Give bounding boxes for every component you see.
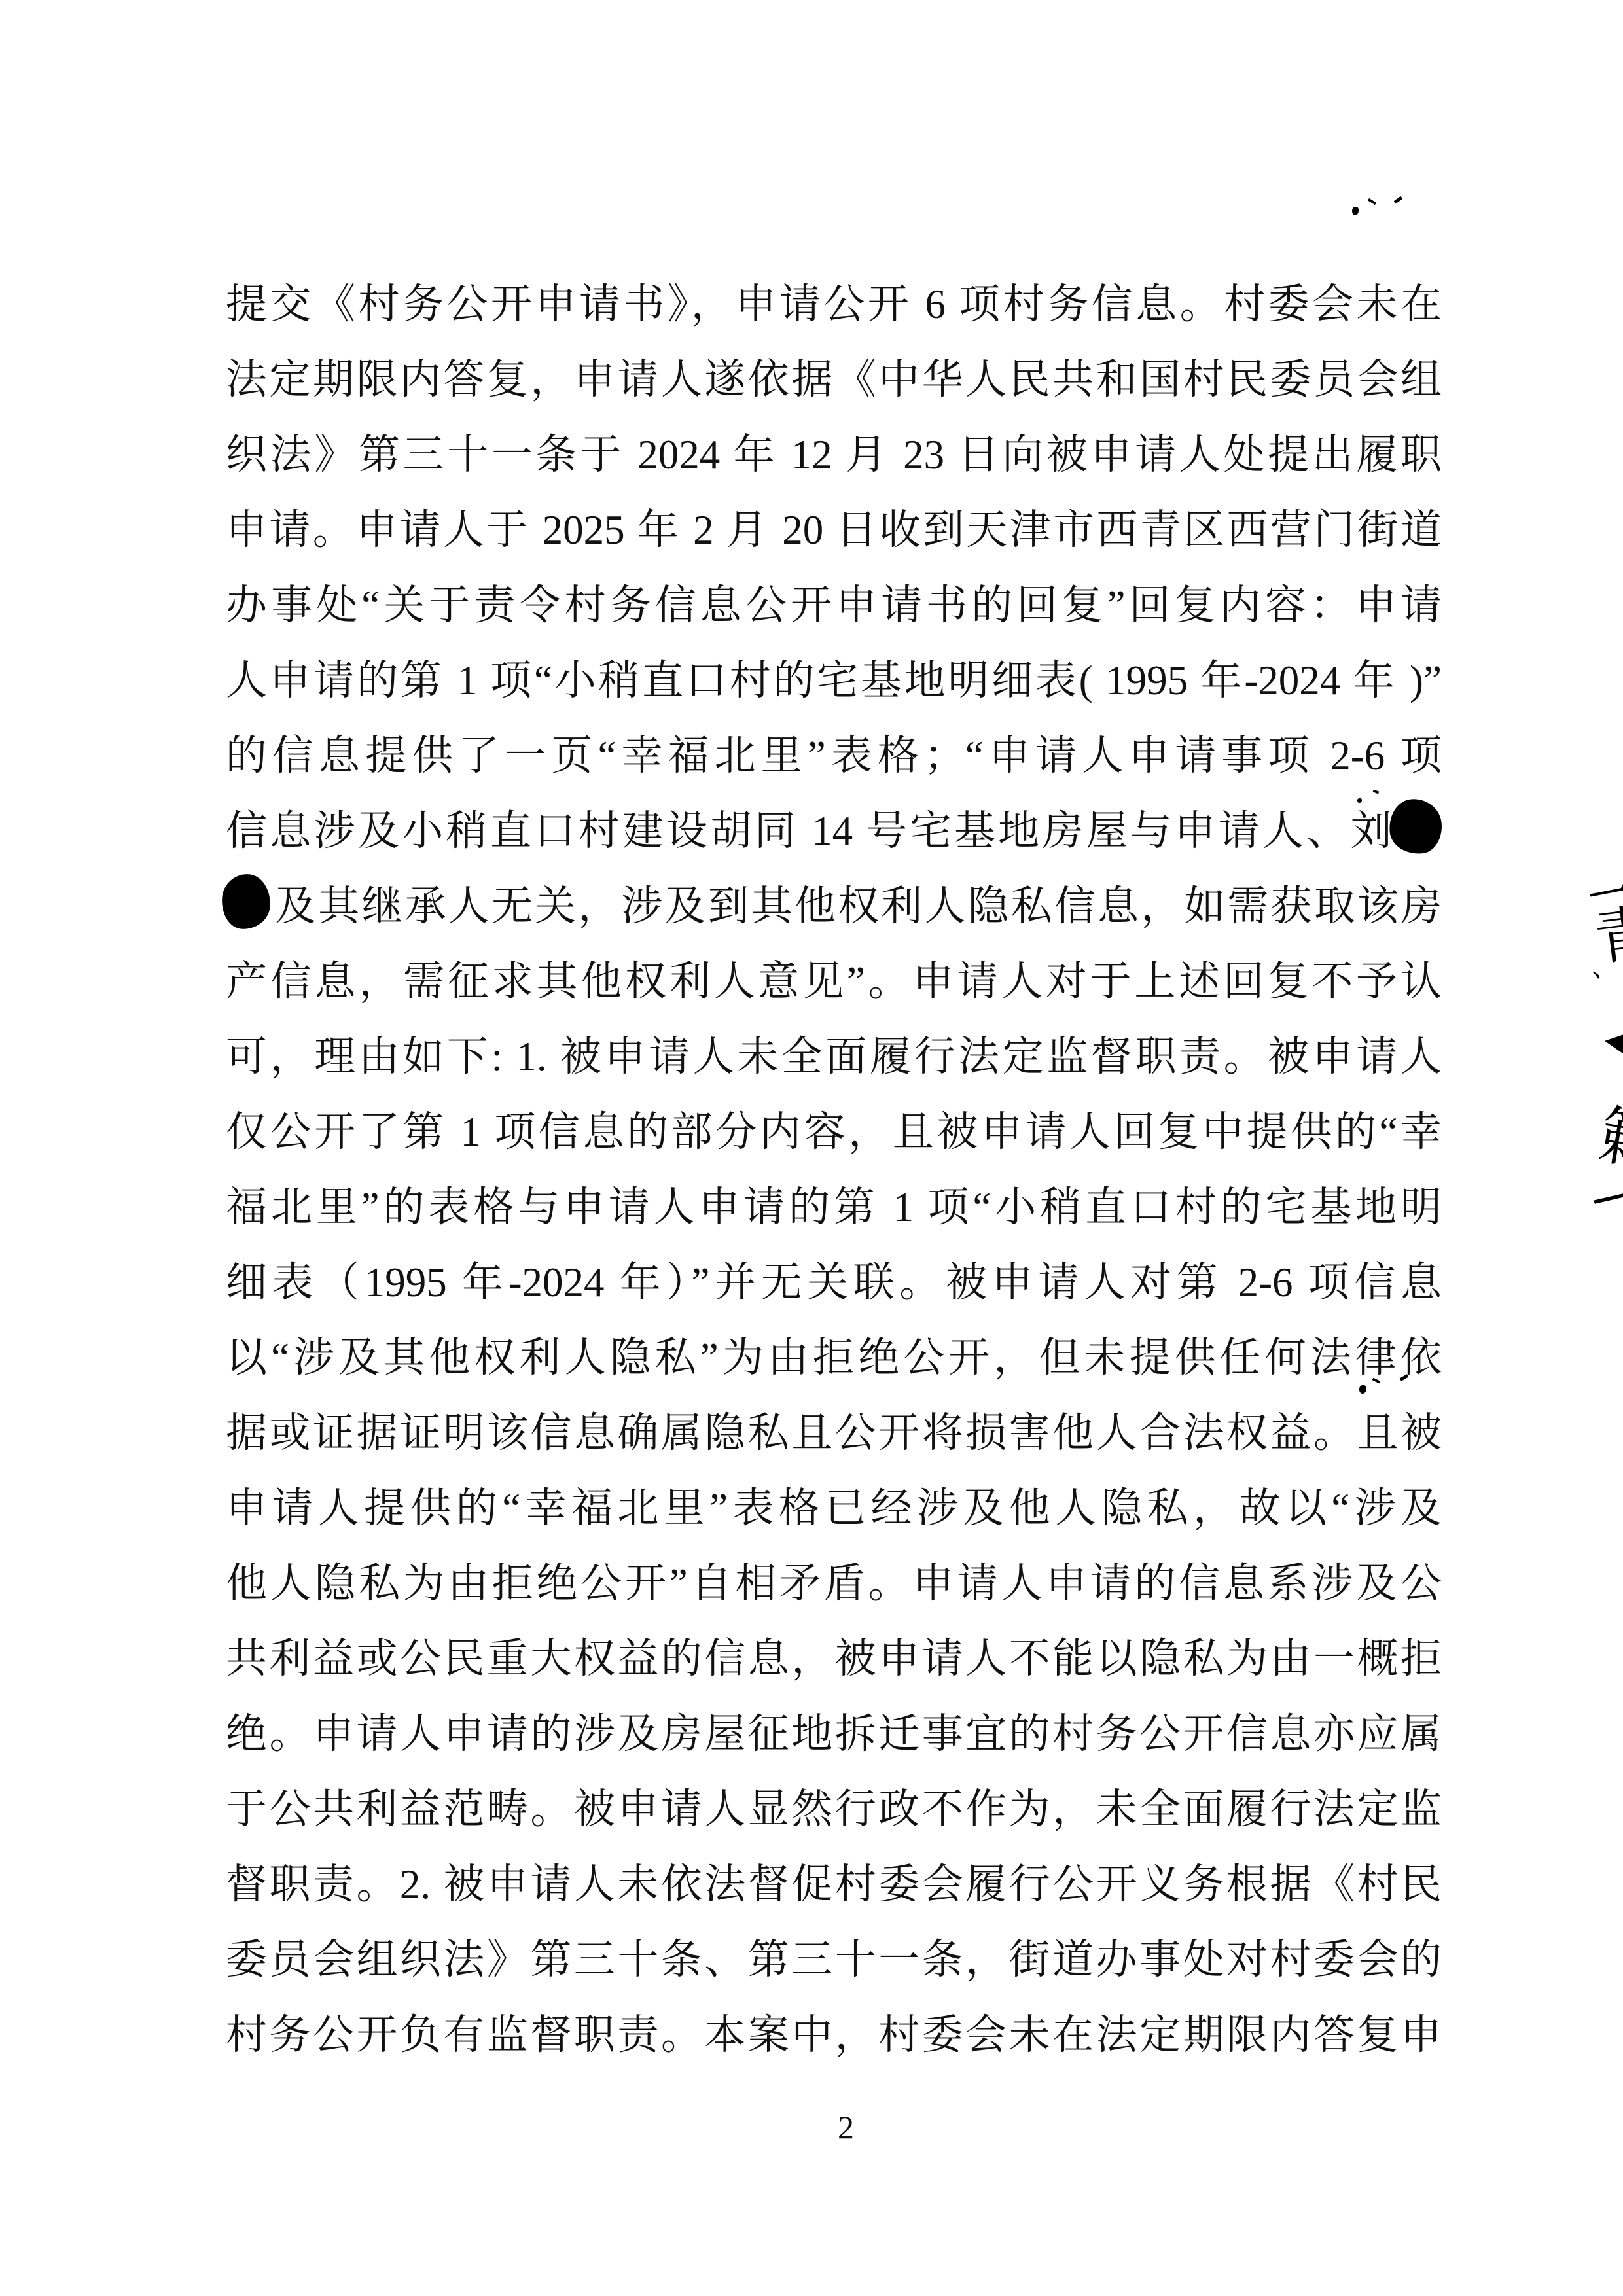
text-line: 信息涉及小稍直口村建设胡同 14 号宅基地房屋与申请人、刘 <box>226 794 1442 869</box>
line-text: 可，理由如下: 1. 被申请人未全面履行法定监督职责。被申请人 <box>226 1034 1442 1080</box>
line-text: 及其继承人无关，涉及到其他权利人隐私信息，如需获取该房 <box>273 883 1442 929</box>
line-text: 织法》第三十一条于 2024 年 12 月 23 日向被申请人处提出履职 <box>226 432 1442 478</box>
scan-speckle <box>1352 207 1359 215</box>
text-line: 及其继承人无关，涉及到其他权利人隐私信息，如需获取该房 <box>226 869 1442 944</box>
text-line: 可，理由如下: 1. 被申请人未全面履行法定监督职责。被申请人 <box>226 1019 1442 1095</box>
line-text: 绝。申请人申请的涉及房屋征地拆迁事宜的村务公开信息亦应属 <box>226 1711 1442 1757</box>
text-line: 产信息，需征求其他权利人意见”。申请人对于上述回复不予认 <box>226 944 1442 1019</box>
line-text: 申请人提供的“幸福北里”表格已经涉及他人隐私，故以“涉及 <box>226 1485 1442 1531</box>
line-text: 的信息提供了一页“幸福北里”表格；“申请人申请事项 2-6 项 <box>226 733 1442 779</box>
line-text: 仅公开了第 1 项信息的部分内容，且被申请人回复中提供的“幸 <box>226 1109 1442 1155</box>
text-line: 申请人提供的“幸福北里”表格已经涉及他人隐私，故以“涉及 <box>226 1471 1442 1546</box>
line-text: 共利益或公民重大权益的信息，被申请人不能以隐私为由一概拒 <box>226 1636 1442 1682</box>
line-text: 提交《村务公开申请书》，申请公开 6 项村务信息。村委会未在 <box>226 281 1442 327</box>
text-line: 于公共利益范畴。被申请人显然行政不作为，未全面履行法定监 <box>226 1772 1442 1847</box>
line-text: 法定期限内答复，申请人遂依据《中华人民共和国村民委员会组 <box>226 357 1442 402</box>
text-line: 委员会组织法》第三十条、第三十一条，街道办事处对村委会的 <box>226 1922 1442 1998</box>
page-number: 2 <box>838 2111 854 2144</box>
handwriting-fragment: ◀ <box>1603 1026 1623 1056</box>
handwriting-fragment: 籁 <box>1595 1104 1623 1177</box>
text-line: 的信息提供了一页“幸福北里”表格；“申请人申请事项 2-6 项 <box>226 718 1442 794</box>
line-text: 以“涉及其他权利人隐私”为由拒绝公开，但未提供任何法律依 <box>226 1335 1442 1381</box>
line-text: 细表（1995 年-2024 年）”并无关联。被申请人对第 2-6 项信息 <box>226 1260 1442 1305</box>
redaction-blob <box>220 873 272 931</box>
text-line: 督职责。2. 被申请人未依法督促村委会履行公开义务根据《村民 <box>226 1847 1442 1922</box>
document-page: 提交《村务公开申请书》，申请公开 6 项村务信息。村委会未在法定期限内答复，申请… <box>0 0 1623 2296</box>
text-line: 织法》第三十一条于 2024 年 12 月 23 日向被申请人处提出履职 <box>226 417 1442 493</box>
line-text: 人申请的第 1 项“小稍直口村的宅基地明细表( 1995 年-2024 年 )” <box>226 658 1442 703</box>
line-text: 福北里”的表格与申请人申请的第 1 项“小稍直口村的宅基地明 <box>226 1184 1442 1230</box>
body-text: 提交《村务公开申请书》，申请公开 6 项村务信息。村委会未在法定期限内答复，申请… <box>226 267 1442 2073</box>
line-text: 申请。申请人于 2025 年 2 月 20 日收到天津市西青区西营门街道 <box>226 507 1442 553</box>
line-text: 村务公开负有监督职责。本案中，村委会未在法定期限内答复申 <box>226 2012 1442 2058</box>
handwriting-fragment: 一 <box>1587 1169 1623 1235</box>
line-text: 他人隐私为由拒绝公开”自相矛盾。申请人申请的信息系涉及公 <box>226 1561 1442 1606</box>
text-line: 法定期限内答复，申请人遂依据《中华人民共和国村民委员会组 <box>226 342 1442 417</box>
scan-speckle <box>1394 196 1402 204</box>
text-line: 他人隐私为由拒绝公开”自相矛盾。申请人申请的信息系涉及公 <box>226 1546 1442 1621</box>
text-line: 据或证据证明该信息确属隐私且公开将损害他人合法权益。且被 <box>226 1396 1442 1471</box>
line-text: 信息涉及小稍直口村建设胡同 14 号宅基地房屋与申请人、刘 <box>226 808 1395 854</box>
text-line: 申请。申请人于 2025 年 2 月 20 日收到天津市西青区西营门街道 <box>226 493 1442 568</box>
text-line: 共利益或公民重大权益的信息，被申请人不能以隐私为由一概拒 <box>226 1621 1442 1697</box>
line-text: 于公共利益范畴。被申请人显然行政不作为，未全面履行法定监 <box>226 1786 1442 1832</box>
text-line: 提交《村务公开申请书》，申请公开 6 项村务信息。村委会未在 <box>226 267 1442 342</box>
text-line: 以“涉及其他权利人隐私”为由拒绝公开，但未提供任何法律依 <box>226 1320 1442 1396</box>
text-line: 福北里”的表格与申请人申请的第 1 项“小稍直口村的宅基地明 <box>226 1170 1442 1245</box>
line-text: 办事处“关于责令村务信息公开申请书的回复”回复内容：申请 <box>226 582 1442 628</box>
line-text: 据或证据证明该信息确属隐私且公开将损害他人合法权益。且被 <box>226 1410 1442 1456</box>
text-line: 细表（1995 年-2024 年）”并无关联。被申请人对第 2-6 项信息 <box>226 1245 1442 1320</box>
scan-speckle <box>1368 198 1376 205</box>
text-line: 村务公开负有监督职责。本案中，村委会未在法定期限内答复申 <box>226 1998 1442 2073</box>
line-text: 委员会组织法》第三十条、第三十一条，街道办事处对村委会的 <box>226 1937 1442 1983</box>
handwriting-fragment: 、 <box>1592 954 1619 981</box>
line-text: 产信息，需征求其他权利人意见”。申请人对于上述回复不予认 <box>226 959 1442 1004</box>
text-line: 办事处“关于责令村务信息公开申请书的回复”回复内容：申请 <box>226 568 1442 643</box>
text-line: 仅公开了第 1 项信息的部分内容，且被申请人回复中提供的“幸 <box>226 1095 1442 1170</box>
text-line: 人申请的第 1 项“小稍直口村的宅基地明细表( 1995 年-2024 年 )” <box>226 643 1442 718</box>
redaction-blob <box>1387 796 1444 857</box>
text-line: 绝。申请人申请的涉及房屋征地拆迁事宜的村务公开信息亦应属 <box>226 1697 1442 1772</box>
line-text: 督职责。2. 被申请人未依法督促村委会履行公开义务根据《村民 <box>226 1862 1442 1907</box>
